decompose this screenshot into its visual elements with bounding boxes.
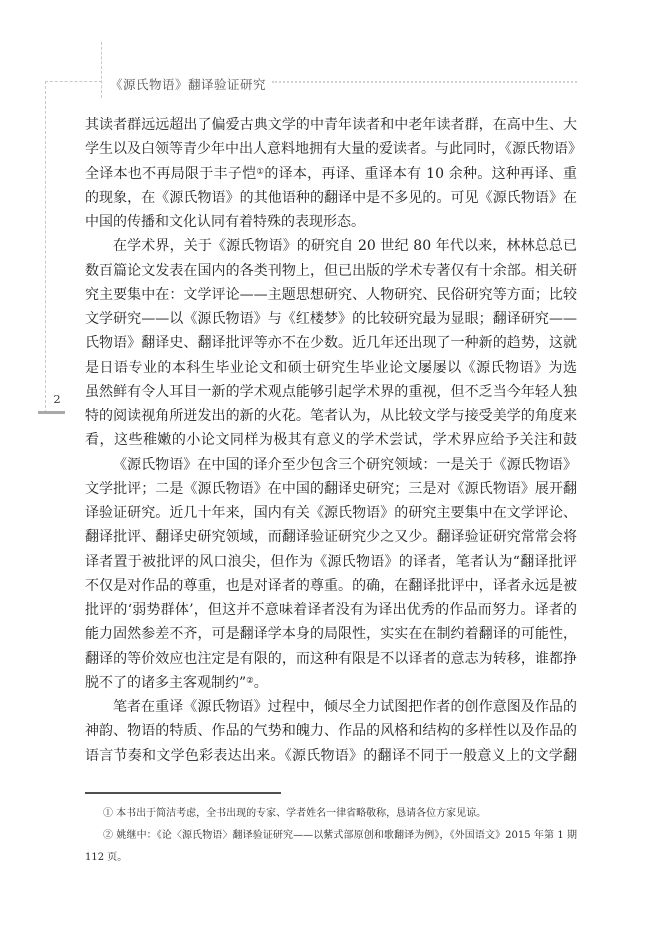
body-line: 氏物语》翻译史、翻译批评等亦不在少数。近几年还出现了一种新的趋势，这就 <box>85 331 577 355</box>
body-line: 看，这些稚嫩的小论文同样为极其有意义的学术尝试，学术界应给予关注和鼓励。 <box>85 428 577 452</box>
book-page: 2 《源氏物语》翻译验证研究 其读者群远远超出了偏爱古典文学的中青年读者和中老年… <box>0 0 661 925</box>
body-line-text: 。 <box>254 675 268 691</box>
body-line-text: 脱不了的诸多主客观制约” <box>85 675 246 691</box>
body-line: 语言节奏和文学色彩表达出来。《源氏物语》的翻译不同于一般意义上的文学翻译， <box>85 744 577 768</box>
body-line: 翻译的等价效应也注定是有限的，而这种有限是不以译者的意志为转移，谁都挣 <box>85 647 577 671</box>
page-number: 2 <box>48 392 66 406</box>
header-vertical-dotted-rule <box>101 42 102 98</box>
body-line: 其读者群远远超出了偏爱古典文学的中青年读者和中老年读者群，在高中生、大 <box>85 113 577 137</box>
footnote-separator <box>85 792 281 794</box>
body-line-text: 全译本也不再局限于丰子恺 <box>85 166 256 182</box>
footnote-1: ① 本书出于简洁考虑，全书出现的专家、学者姓名一律省略敬称，恳请各位方家见谅。 <box>85 803 577 825</box>
body-line: 中国的传播和文化认同有着特殊的表现形态。 <box>85 210 577 234</box>
footnote-marker-2: ② <box>246 676 254 686</box>
body-line: 能力固然参差不齐，可是翻译学本身的局限性，实实在在制约着翻译的可能性， <box>85 622 577 646</box>
body-text-block: 其读者群远远超出了偏爱古典文学的中青年读者和中老年读者群，在高中生、大 学生以及… <box>85 113 577 768</box>
body-line: 翻译批评、翻译史研究领域，而翻译验证研究少之又少。翻译验证研究常常会将 <box>85 525 577 549</box>
body-line: 译者置于被批评的风口浪尖，但作为《源氏物语》的译者，笔者认为“翻译批评 <box>85 550 577 574</box>
footnote-block: ① 本书出于简洁考虑，全书出现的专家、学者姓名一律省略敬称，恳请各位方家见谅。 … <box>85 803 577 869</box>
body-line: 《源氏物语》在中国的译介至少包含三个研究领域：一是关于《源氏物语》的 <box>85 453 577 477</box>
body-line: 虽然鲜有令人耳目一新的学术观点能够引起学术界的重视，但不乏当今年轻人独 <box>85 380 577 404</box>
running-header-title: 《源氏物语》翻译验证研究 <box>110 75 266 93</box>
header-dotted-rule <box>272 81 577 83</box>
body-line: 全译本也不再局限于丰子恺①的译本，再译、重译本有 10 余种。这种再译、重译 <box>85 162 577 186</box>
body-line: 不仅是对作品的尊重，也是对译者的尊重。的确，在翻译批评中，译者永远是被 <box>85 574 577 598</box>
body-line: 译验证研究。近几十年来，国内有关《源氏物语》的研究主要集中在文学评论、 <box>85 501 577 525</box>
body-line: 是日语专业的本科生毕业论文和硕士研究生毕业论文屡屡以《源氏物语》为选题， <box>85 356 577 380</box>
body-line: 文学研究——以《源氏物语》与《红楼梦》的比较研究最为显眼；翻译研究——《源 <box>85 307 577 331</box>
body-line: 学生以及白领等青少年中出人意料地拥有大量的爱读者。与此同时，《源氏物语》 <box>85 137 577 161</box>
page-number-underline <box>38 411 65 414</box>
body-line: 笔者在重译《源氏物语》过程中，倾尽全力试图把作者的创作意图及作品的 <box>85 695 577 719</box>
body-line: 批评的‘弱势群体’，但这并不意味着译者没有为译出优秀的作品而努力。译者的 <box>85 598 577 622</box>
body-line: 的现象，在《源氏物语》的其他语种的翻译中是不多见的。可见《源氏物语》在 <box>85 186 577 210</box>
footnote-2: ② 姚继中：《论〈源氏物语〉翻译验证研究——以紫式部原创和歌翻译为例》，《外国语… <box>85 825 577 847</box>
body-line: 特的阅读视角所迸发出的新的火花。笔者认为，从比较文学与接受美学的角度来 <box>85 404 577 428</box>
body-line: 数百篇论文发表在国内的各类刊物上，但已出版的学术专著仅有十余部。相关研 <box>85 259 577 283</box>
body-line: 神韵、物语的特质、作品的气势和魄力、作品的风格和结构的多样性以及作品的 <box>85 719 577 743</box>
body-line: 脱不了的诸多主客观制约”②。 <box>85 671 577 695</box>
footnote-2-continued: 112 页。 <box>85 847 577 869</box>
body-line: 文学批评；二是《源氏物语》在中国的翻译史研究；三是对《源氏物语》展开翻 <box>85 477 577 501</box>
body-line: 在学术界，关于《源氏物语》的研究自 20 世纪 80 年代以来，林林总总已有 <box>85 234 577 258</box>
body-line: 究主要集中在：文学评论——主题思想研究、人物研究、民俗研究等方面；比较 <box>85 283 577 307</box>
